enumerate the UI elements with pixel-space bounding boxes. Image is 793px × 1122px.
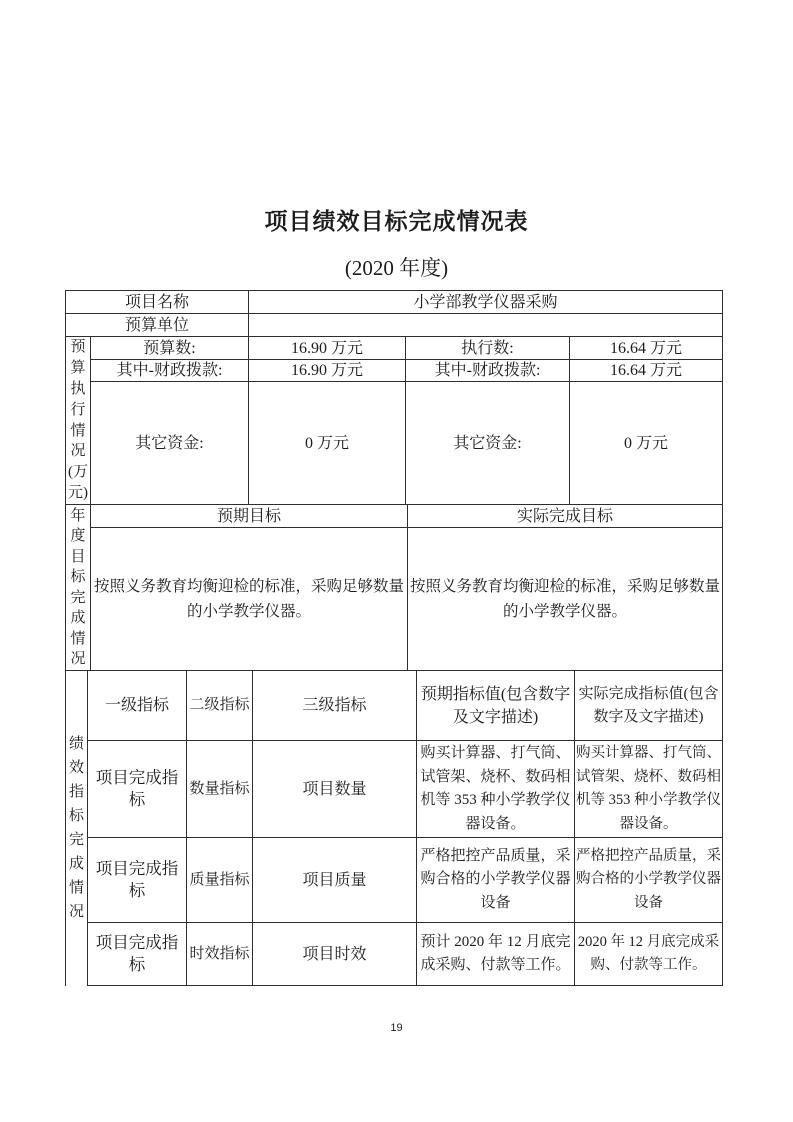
page-title: 项目绩效目标完成情况表 bbox=[0, 207, 793, 237]
budget-label: 其中-财政拨款: bbox=[406, 360, 570, 382]
indicator-level1: 项目完成指标 bbox=[88, 838, 187, 923]
header-level2: 二级指标 bbox=[187, 671, 253, 741]
indicator-level1: 项目完成指标 bbox=[88, 741, 187, 838]
expected-goal-text: 按照义务教育均衡迎检的标准，采购足够数量的小学教学仪器。 bbox=[91, 528, 408, 671]
table-row: 绩效指标完成情况 一级指标 二级指标 三级指标 预期指标值(包含数字及文字描述)… bbox=[66, 671, 723, 741]
indicator-actual: 严格把控产品质量，采购合格的小学教学仪器设备 bbox=[575, 838, 723, 923]
section-performance-indicators: 绩效指标完成情况 一级指标 二级指标 三级指标 预期指标值(包含数字及文字描述)… bbox=[65, 670, 723, 986]
budget-label: 其它资金: bbox=[91, 382, 249, 505]
budget-value: 0 万元 bbox=[570, 382, 723, 505]
budget-label: 其中-财政拨款: bbox=[91, 360, 249, 382]
budget-label: 预算数: bbox=[91, 337, 249, 360]
header-level3: 三级指标 bbox=[253, 671, 417, 741]
budget-value: 16.90 万元 bbox=[249, 337, 406, 360]
budget-value: 16.64 万元 bbox=[570, 360, 723, 382]
budget-label: 其它资金: bbox=[406, 382, 570, 505]
document-page: 项目绩效目标完成情况表 (2020 年度) 项目名称 小学部教学仪器采购 预算单… bbox=[0, 0, 793, 1122]
budget-section-header: 预算执行情况(万元) bbox=[66, 337, 91, 505]
indicator-actual: 购买计算器、打气筒、试管架、烧杯、数码相机等 353 种小学教学仪器设备。 bbox=[575, 741, 723, 838]
budget-unit-label: 预算单位 bbox=[66, 314, 249, 337]
indicator-level1: 项目完成指标 bbox=[88, 923, 187, 986]
table-row: 预算执行情况(万元) 预算数: 16.90 万元 执行数: 16.64 万元 bbox=[66, 337, 723, 360]
table-row: 预算单位 bbox=[66, 314, 723, 337]
performance-table: 项目名称 小学部教学仪器采购 预算单位 预算执行情况(万元) 预算数: 16.9… bbox=[65, 290, 722, 986]
indicator-level2: 质量指标 bbox=[187, 838, 253, 923]
table-row: 项目完成指标 时效指标 项目时效 预计 2020 年 12 月底完成采购、付款等… bbox=[66, 923, 723, 986]
table-row: 按照义务教育均衡迎检的标准，采购足够数量的小学教学仪器。 按照义务教育均衡迎检的… bbox=[66, 528, 723, 671]
page-number: 19 bbox=[0, 1022, 793, 1034]
performance-section-header: 绩效指标完成情况 bbox=[66, 671, 88, 986]
header-level1: 一级指标 bbox=[88, 671, 187, 741]
indicator-level2: 时效指标 bbox=[187, 923, 253, 986]
table-row: 其它资金: 0 万元 其它资金: 0 万元 bbox=[66, 382, 723, 505]
table-row: 项目完成指标 质量指标 项目质量 严格把控产品质量，采购合格的小学教学仪器设备 … bbox=[66, 838, 723, 923]
budget-label: 执行数: bbox=[406, 337, 570, 360]
indicator-expected: 购买计算器、打气筒、试管架、烧杯、数码相机等 353 种小学教学仪器设备。 bbox=[417, 741, 575, 838]
section-annual-goal: 年度目标完成情况 预期目标 实际完成目标 按照义务教育均衡迎检的标准，采购足够数… bbox=[65, 504, 723, 671]
actual-goal-header: 实际完成目标 bbox=[408, 505, 723, 528]
header-actual-value: 实际完成指标值(包含数字及文字描述) bbox=[575, 671, 723, 741]
table-row: 其中-财政拨款: 16.90 万元 其中-财政拨款: 16.64 万元 bbox=[66, 360, 723, 382]
indicator-expected: 预计 2020 年 12 月底完成采购、付款等工作。 bbox=[417, 923, 575, 986]
project-name-label: 项目名称 bbox=[66, 291, 249, 314]
actual-goal-text: 按照义务教育均衡迎检的标准，采购足够数量的小学教学仪器。 bbox=[408, 528, 723, 671]
budget-unit-value bbox=[249, 314, 723, 337]
section-project-info: 项目名称 小学部教学仪器采购 预算单位 bbox=[65, 290, 723, 337]
header-expected-value: 预期指标值(包含数字及文字描述) bbox=[417, 671, 575, 741]
indicator-level3: 项目质量 bbox=[253, 838, 417, 923]
table-row: 项目完成指标 数量指标 项目数量 购买计算器、打气筒、试管架、烧杯、数码相机等 … bbox=[66, 741, 723, 838]
budget-value: 16.64 万元 bbox=[570, 337, 723, 360]
budget-value: 16.90 万元 bbox=[249, 360, 406, 382]
page-subtitle: (2020 年度) bbox=[0, 254, 793, 282]
table-row: 年度目标完成情况 预期目标 实际完成目标 bbox=[66, 505, 723, 528]
indicator-level2: 数量指标 bbox=[187, 741, 253, 838]
indicator-actual: 2020 年 12 月底完成采购、付款等工作。 bbox=[575, 923, 723, 986]
indicator-level3: 项目时效 bbox=[253, 923, 417, 986]
project-name-value: 小学部教学仪器采购 bbox=[249, 291, 723, 314]
budget-value: 0 万元 bbox=[249, 382, 406, 505]
indicator-level3: 项目数量 bbox=[253, 741, 417, 838]
expected-goal-header: 预期目标 bbox=[91, 505, 408, 528]
table-row: 项目名称 小学部教学仪器采购 bbox=[66, 291, 723, 314]
indicator-expected: 严格把控产品质量，采购合格的小学教学仪器设备 bbox=[417, 838, 575, 923]
section-budget-execution: 预算执行情况(万元) 预算数: 16.90 万元 执行数: 16.64 万元 其… bbox=[65, 336, 723, 505]
annual-goal-section-header: 年度目标完成情况 bbox=[66, 505, 91, 671]
